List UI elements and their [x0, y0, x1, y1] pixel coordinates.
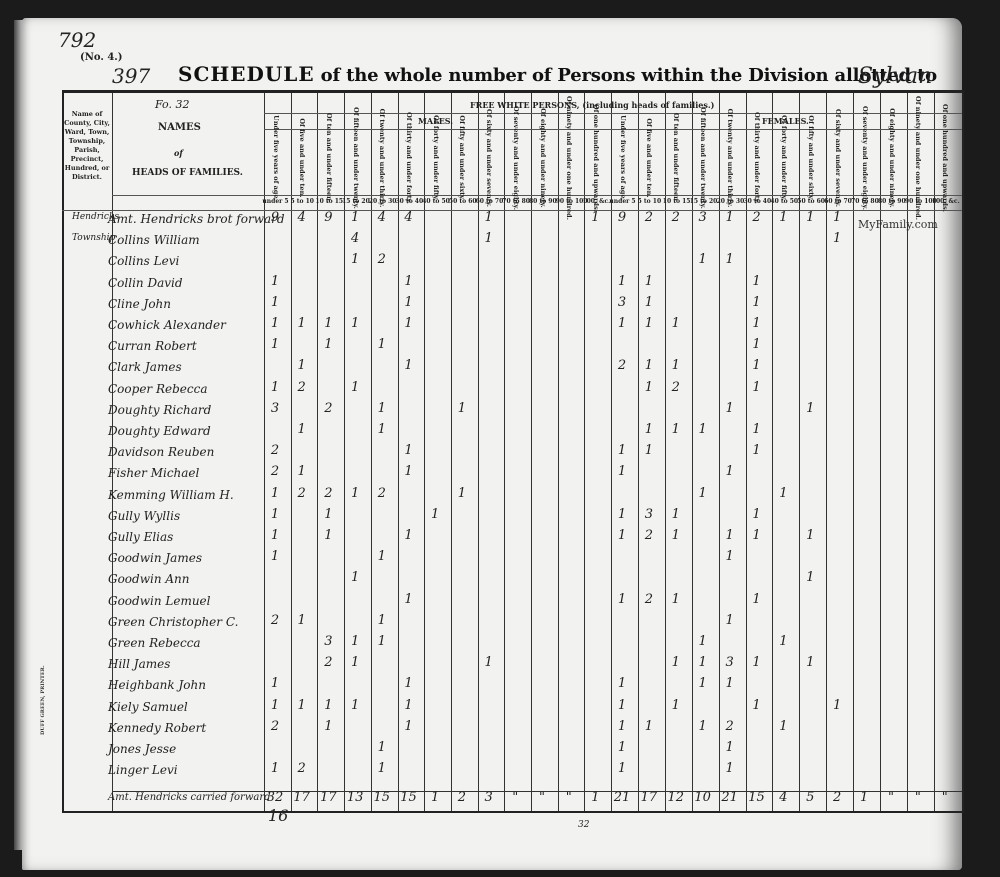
female-age-column-header: Of five and under ten. — [636, 128, 662, 188]
age-header-label: Of sixty and under seventy. — [834, 109, 842, 207]
female-count-cell: 1 — [691, 719, 715, 734]
names-of: of — [174, 148, 183, 158]
female-count-cell: 1 — [771, 719, 795, 734]
age-range-label: 40 to 50 — [770, 198, 797, 205]
female-total-cell: 4 — [771, 790, 795, 805]
male-count-cell: 1 — [343, 380, 367, 395]
age-header-label: Of sixty and under seventy. — [485, 109, 493, 207]
female-count-cell: 1 — [637, 380, 661, 395]
male-count-cell: 1 — [316, 719, 340, 734]
male-age-column-header: Of sixty and under seventy. — [476, 128, 502, 188]
male-age-column-header: Of ten and under fifteen. — [316, 128, 342, 188]
female-count-cell: 1 — [745, 380, 769, 395]
female-total-cell: " — [879, 790, 903, 805]
female-count-cell: 1 — [798, 655, 822, 670]
male-age-column-header: Of ninety and under one hundred. — [556, 128, 582, 188]
female-count-cell: 1 — [798, 401, 822, 416]
age-range-label: 15 to 20 — [690, 198, 717, 205]
male-count-cell: 1 — [477, 231, 501, 246]
female-age-column-header: Under five years of age. — [610, 128, 636, 188]
header-rule — [264, 113, 962, 114]
age-range-label: 60 to 70 — [824, 198, 851, 205]
female-count-cell: 1 — [610, 528, 634, 543]
male-count-cell: 4 — [370, 210, 394, 225]
age-range-label: 10 to 15 — [315, 198, 342, 205]
male-total-cell: " — [530, 790, 554, 805]
head-of-family-name: Doughty Edward — [108, 424, 211, 438]
female-count-cell: 1 — [798, 210, 822, 225]
age-range-label: 5 to 10 — [289, 198, 316, 205]
female-count-cell: 1 — [664, 655, 688, 670]
age-range-label: 50 to 60 — [449, 198, 476, 205]
female-count-cell: 3 — [610, 295, 634, 310]
male-count-cell: 2 — [370, 486, 394, 501]
female-count-cell: 1 — [637, 443, 661, 458]
male-count-cell: 1 — [397, 592, 421, 607]
totals-label: Amt. Hendricks carried forward — [108, 792, 271, 803]
male-count-cell: 2 — [263, 613, 287, 628]
head-of-family-name: Doughty Richard — [108, 403, 211, 417]
female-count-cell: 1 — [771, 210, 795, 225]
female-count-cell: 1 — [718, 528, 742, 543]
age-range-label: under 5 — [609, 198, 636, 205]
female-count-cell: 1 — [718, 676, 742, 691]
female-count-cell: 1 — [637, 358, 661, 373]
head-of-family-name: Gully Wyllis — [108, 509, 180, 523]
male-count-cell: 1 — [370, 422, 394, 437]
female-count-cell: 1 — [610, 316, 634, 331]
male-total-cell: 17 — [290, 790, 314, 805]
head-of-family-name: Gully Elias — [108, 530, 173, 544]
male-total-cell: 15 — [370, 790, 394, 805]
female-count-cell: 3 — [691, 210, 715, 225]
male-count-cell: 1 — [263, 761, 287, 776]
head-of-family-name: Kennedy Robert — [108, 721, 206, 735]
male-count-cell: 1 — [397, 676, 421, 691]
male-count-cell: 1 — [343, 252, 367, 267]
male-count-cell: 1 — [263, 528, 287, 543]
head-of-family-name: Linger Levi — [108, 763, 178, 777]
male-count-cell: 1 — [397, 698, 421, 713]
female-count-cell: 3 — [718, 655, 742, 670]
male-count-cell: 1 — [397, 274, 421, 289]
male-age-column-header: Of forty and under fifty. — [423, 128, 449, 188]
female-total-cell: 5 — [798, 790, 822, 805]
male-count-cell: 2 — [290, 761, 314, 776]
male-count-cell: 1 — [263, 676, 287, 691]
female-count-cell: 1 — [718, 740, 742, 755]
age-header-label: Of fifteen and under twenty. — [699, 107, 707, 209]
age-range-label: 40 to 50 — [422, 198, 449, 205]
heads-of-families-header: HEADS OF FAMILIES. — [132, 168, 243, 178]
female-count-cell: 1 — [771, 486, 795, 501]
female-total-cell: 21 — [610, 790, 634, 805]
male-age-column-header: Of twenty and under thirty. — [369, 128, 395, 188]
male-count-cell: 1 — [397, 464, 421, 479]
female-count-cell: 1 — [718, 210, 742, 225]
female-count-cell: 1 — [664, 358, 688, 373]
female-count-cell: 1 — [610, 592, 634, 607]
female-total-cell: 12 — [664, 790, 688, 805]
head-of-family-name: Davidson Reuben — [108, 445, 214, 459]
male-age-column-header: Of seventy and under eighty. — [503, 128, 529, 188]
head-of-family-name: Hill James — [108, 657, 170, 671]
head-of-family-name: Goodwin James — [108, 551, 202, 565]
male-count-cell: 1 — [290, 422, 314, 437]
female-count-cell: 1 — [825, 698, 849, 713]
female-count-cell: 1 — [745, 592, 769, 607]
male-count-cell: 1 — [316, 337, 340, 352]
male-count-cell: 1 — [343, 210, 367, 225]
page-number: 792 — [58, 28, 96, 52]
female-count-cell: 1 — [610, 740, 634, 755]
age-range-label: 80 to 90 — [878, 198, 905, 205]
male-count-cell: 1 — [263, 295, 287, 310]
head-of-family-name: Green Christopher C. — [108, 615, 238, 629]
age-range-label: 50 to 60 — [797, 198, 824, 205]
male-count-cell: 1 — [397, 316, 421, 331]
female-count-cell: 1 — [691, 655, 715, 670]
head-of-family-name: Green Rebecca — [108, 636, 201, 650]
female-count-cell: 1 — [745, 422, 769, 437]
female-count-cell: 2 — [637, 528, 661, 543]
male-count-cell: 1 — [343, 316, 367, 331]
female-count-cell: 1 — [745, 698, 769, 713]
age-header-label: Of thirty and under forty. — [405, 112, 413, 204]
page-title: SCHEDULE of the whole number of Persons … — [178, 62, 937, 86]
form-number: (No. 4.) — [80, 52, 123, 63]
head-of-family-name: Fisher Michael — [108, 466, 199, 480]
age-range-label: 90 to 100 — [556, 198, 583, 205]
male-count-cell: 1 — [290, 613, 314, 628]
male-count-cell: 1 — [343, 486, 367, 501]
male-count-cell: 9 — [263, 210, 287, 225]
male-total-cell: 13 — [343, 790, 367, 805]
age-header-label: Of seventy and under eighty. — [512, 106, 520, 210]
female-count-cell: 1 — [610, 698, 634, 713]
male-count-cell: 1 — [263, 337, 287, 352]
female-count-cell: 1 — [825, 210, 849, 225]
male-total-cell: 3 — [477, 790, 501, 805]
female-total-cell: 10 — [691, 790, 715, 805]
female-count-cell: 3 — [637, 507, 661, 522]
female-total-cell: 17 — [637, 790, 661, 805]
female-count-cell: 1 — [610, 719, 634, 734]
female-count-cell: 1 — [718, 401, 742, 416]
female-count-cell: 1 — [664, 422, 688, 437]
head-of-family-name: Amt. Hendricks brot forward — [108, 212, 285, 226]
female-count-cell: 1 — [745, 528, 769, 543]
female-total-cell: 1 — [852, 790, 876, 805]
age-header-label: Of five and under ten. — [645, 118, 653, 197]
male-count-cell: 2 — [316, 655, 340, 670]
female-count-cell: 1 — [718, 549, 742, 564]
age-range-label: 70 to 80 — [502, 198, 529, 205]
female-age-column-header: Of fifteen and under twenty. — [690, 128, 716, 188]
female-count-cell: 1 — [691, 676, 715, 691]
age-header-label: Of ten and under fifteen. — [672, 113, 680, 203]
head-of-family-name: Collins Levi — [108, 254, 179, 268]
male-age-column-header: Under five years of age. — [263, 128, 289, 188]
male-count-cell: 2 — [290, 486, 314, 501]
female-count-cell: 1 — [718, 761, 742, 776]
female-count-cell: 1 — [610, 464, 634, 479]
head-of-family-name: Cowhick Alexander — [108, 318, 226, 332]
male-count-cell: 1 — [397, 443, 421, 458]
female-count-cell: 1 — [691, 252, 715, 267]
age-range-label: 90 to 100 — [905, 198, 932, 205]
head-of-family-name: Goodwin Ann — [108, 572, 190, 586]
male-count-cell: 1 — [397, 719, 421, 734]
age-header-label: Under five years of age. — [619, 115, 627, 201]
male-count-cell: 2 — [316, 486, 340, 501]
female-count-cell: 1 — [664, 507, 688, 522]
male-age-column-header: Of five and under ten. — [289, 128, 315, 188]
female-count-cell: 2 — [664, 210, 688, 225]
age-range-label: 15 to 20 — [342, 198, 369, 205]
male-count-cell: 1 — [370, 740, 394, 755]
female-count-cell: 2 — [745, 210, 769, 225]
male-count-cell: 1 — [583, 210, 607, 225]
head-of-family-name: Collin David — [108, 276, 183, 290]
male-count-cell: 3 — [263, 401, 287, 416]
age-range-label: 70 to 80 — [851, 198, 878, 205]
male-age-column-header: Of thirty and under forty. — [396, 128, 422, 188]
male-count-cell: 1 — [263, 507, 287, 522]
female-count-cell: 1 — [637, 316, 661, 331]
age-header-label: Of twenty and under thirty. — [378, 109, 386, 208]
male-total-cell: " — [557, 790, 581, 805]
head-of-family-name: Jones Jesse — [108, 742, 176, 756]
age-header-label: Of one hundred and upwards. — [592, 104, 600, 212]
male-count-cell: 4 — [397, 210, 421, 225]
male-count-cell: 1 — [370, 549, 394, 564]
male-total-cell: 1 — [423, 790, 447, 805]
printer-credit: DUFF GREEN, PRINTER. — [40, 665, 46, 735]
age-range-label: 30 to 40 — [744, 198, 771, 205]
female-age-column-header: Of eighty and under ninety. — [879, 128, 905, 188]
male-count-cell: 1 — [263, 486, 287, 501]
male-count-cell: 1 — [370, 337, 394, 352]
male-count-cell: 2 — [370, 252, 394, 267]
head-of-family-name: Collins William — [108, 233, 200, 247]
female-count-cell: 1 — [745, 274, 769, 289]
female-count-cell: 2 — [637, 210, 661, 225]
female-count-cell: 2 — [610, 358, 634, 373]
female-count-cell: 1 — [718, 252, 742, 267]
male-count-cell: 2 — [263, 719, 287, 734]
female-count-cell: 1 — [610, 761, 634, 776]
male-count-cell: 1 — [263, 549, 287, 564]
names-note: Fo. 32 — [155, 98, 189, 111]
age-header-label: Of eighty and under ninety. — [888, 108, 896, 208]
male-count-cell: 1 — [343, 655, 367, 670]
age-range-label: 20 to 30 — [369, 198, 396, 205]
female-total-cell: " — [906, 790, 930, 805]
age-header-label: Of fifteen and under twenty. — [352, 107, 360, 209]
male-count-cell: 1 — [343, 570, 367, 585]
male-count-cell: 1 — [343, 698, 367, 713]
male-count-cell: 1 — [316, 507, 340, 522]
female-count-cell: 1 — [745, 316, 769, 331]
myfamily-watermark: MyFamily.com — [858, 218, 938, 231]
male-count-cell: 1 — [397, 528, 421, 543]
male-count-cell: 1 — [397, 295, 421, 310]
male-total-cell: 15 — [397, 790, 421, 805]
female-count-cell: 1 — [664, 528, 688, 543]
male-count-cell: 1 — [263, 316, 287, 331]
age-range-label: 80 to 90 — [529, 198, 556, 205]
age-range-label: 100, &c. — [582, 198, 609, 205]
male-count-cell: 1 — [263, 274, 287, 289]
head-of-family-name: Curran Robert — [108, 339, 197, 353]
age-header-label: Of fifty and under sixty. — [458, 115, 466, 200]
male-count-cell: 1 — [423, 507, 447, 522]
female-count-cell: 1 — [637, 295, 661, 310]
male-count-cell: 2 — [290, 380, 314, 395]
male-count-cell: 1 — [290, 358, 314, 373]
female-count-cell: 2 — [664, 380, 688, 395]
male-age-column-header: Of fifty and under sixty. — [449, 128, 475, 188]
male-count-cell: 1 — [370, 401, 394, 416]
male-count-cell: 4 — [343, 231, 367, 246]
division-name: Sylvan — [858, 64, 932, 89]
age-header-label: Of five and under ten. — [298, 118, 306, 197]
page-foot-mark: 32 — [578, 820, 589, 830]
female-count-cell: 1 — [637, 719, 661, 734]
female-count-cell: 1 — [745, 443, 769, 458]
female-count-cell: 1 — [610, 676, 634, 691]
female-age-column-header: Of fifty and under sixty. — [798, 128, 824, 188]
head-of-family-name: Kemming William H. — [108, 488, 234, 502]
female-count-cell: 1 — [610, 507, 634, 522]
head-of-family-name: Kiely Samuel — [108, 700, 188, 714]
female-age-column-header: Of ten and under fifteen. — [663, 128, 689, 188]
male-count-cell: 1 — [477, 210, 501, 225]
female-count-cell: 1 — [745, 507, 769, 522]
male-count-cell: 1 — [450, 486, 474, 501]
female-count-cell: 1 — [798, 570, 822, 585]
female-count-cell: 1 — [610, 274, 634, 289]
male-age-column-header: Of fifteen and under twenty. — [343, 128, 369, 188]
head-of-family-name: Goodwin Lemuel — [108, 594, 211, 608]
male-count-cell: 1 — [343, 634, 367, 649]
male-count-cell: 9 — [316, 210, 340, 225]
female-count-cell: 1 — [691, 422, 715, 437]
age-header-label: Under five years of age. — [272, 115, 280, 201]
header-rule — [264, 195, 962, 196]
male-count-cell: 1 — [316, 528, 340, 543]
age-header-label: Of eighty and under ninety. — [539, 108, 547, 208]
age-header-label: Of fifty and under sixty. — [807, 115, 815, 200]
female-total-cell: 2 — [825, 790, 849, 805]
age-header-label: Of thirty and under forty. — [753, 112, 761, 204]
age-range-label: 10 to 15 — [663, 198, 690, 205]
male-count-cell: 1 — [397, 358, 421, 373]
male-count-cell: 2 — [263, 464, 287, 479]
male-count-cell: 2 — [263, 443, 287, 458]
female-age-column-header: Of seventy and under eighty. — [852, 128, 878, 188]
age-range-label: 100, &c. — [932, 198, 959, 205]
female-count-cell: 1 — [825, 231, 849, 246]
female-count-cell: 1 — [610, 443, 634, 458]
title-rest: of the whole number of Persons within th… — [321, 65, 937, 86]
male-count-cell: 1 — [290, 698, 314, 713]
male-count-cell: 1 — [263, 380, 287, 395]
male-count-cell: 1 — [316, 316, 340, 331]
male-age-column-header: Of one hundred and upwards. — [583, 128, 609, 188]
male-total-cell: " — [503, 790, 527, 805]
female-count-cell: 1 — [718, 613, 742, 628]
female-total-cell: 15 — [745, 790, 769, 805]
male-total-cell: 2 — [450, 790, 474, 805]
age-header-label: Of ten and under fifteen. — [325, 113, 333, 203]
female-count-cell: 1 — [664, 316, 688, 331]
age-range-label: 60 to 70 — [476, 198, 503, 205]
head-of-family-name: Cooper Rebecca — [108, 382, 207, 396]
margin-note-16: 16 — [268, 806, 288, 825]
age-range-label: under 5 — [262, 198, 289, 205]
age-header-label: Of forty and under fifty. — [780, 115, 788, 201]
male-count-cell: 1 — [370, 761, 394, 776]
female-count-cell: 1 — [718, 464, 742, 479]
female-count-cell: 1 — [745, 295, 769, 310]
male-count-cell: 1 — [263, 698, 287, 713]
male-count-cell: 1 — [450, 401, 474, 416]
male-count-cell: 1 — [290, 316, 314, 331]
female-count-cell: 9 — [610, 210, 634, 225]
age-range-label: 5 to 10 — [636, 198, 663, 205]
female-age-column-header: Of twenty and under thirty. — [717, 128, 743, 188]
names-header: NAMES — [158, 122, 201, 133]
male-count-cell: 1 — [370, 613, 394, 628]
male-count-cell: 2 — [316, 401, 340, 416]
female-age-column-header: Of one hundred and upwards. — [932, 128, 958, 188]
female-count-cell: 1 — [745, 655, 769, 670]
head-of-family-name: Clark James — [108, 360, 182, 374]
female-total-cell: 21 — [718, 790, 742, 805]
male-count-cell: 1 — [316, 698, 340, 713]
age-header-label: Of forty and under fifty. — [432, 115, 440, 201]
female-age-column-header: Of thirty and under forty. — [744, 128, 770, 188]
age-range-label: 30 to 40 — [396, 198, 423, 205]
male-count-cell: 1 — [477, 655, 501, 670]
male-count-cell: 1 — [290, 464, 314, 479]
male-total-cell: 32 — [263, 790, 287, 805]
sheet-number: 397 — [112, 64, 150, 88]
female-count-cell: 1 — [691, 486, 715, 501]
male-count-cell: 1 — [370, 634, 394, 649]
district-column-header: Name of County, City, Ward, Town, Townsh… — [64, 110, 110, 182]
title-lead: SCHEDULE — [178, 62, 315, 86]
female-count-cell: 1 — [771, 634, 795, 649]
female-count-cell: 1 — [637, 274, 661, 289]
female-count-cell: 2 — [637, 592, 661, 607]
female-count-cell: 1 — [664, 698, 688, 713]
age-header-label: Of seventy and under eighty. — [861, 106, 869, 210]
female-count-cell: 2 — [718, 719, 742, 734]
head-of-family-name: Heighbank John — [108, 678, 206, 692]
female-age-column-header: Of forty and under fifty. — [771, 128, 797, 188]
male-age-column-header: Of eighty and under ninety. — [530, 128, 556, 188]
female-count-cell: 1 — [798, 528, 822, 543]
female-age-column-header: Of ninety and under one hundred. — [905, 128, 931, 188]
male-count-cell: 4 — [290, 210, 314, 225]
female-count-cell: 1 — [691, 634, 715, 649]
female-total-cell: " — [933, 790, 957, 805]
head-of-family-name: Cline John — [108, 297, 171, 311]
female-count-cell: 1 — [745, 358, 769, 373]
